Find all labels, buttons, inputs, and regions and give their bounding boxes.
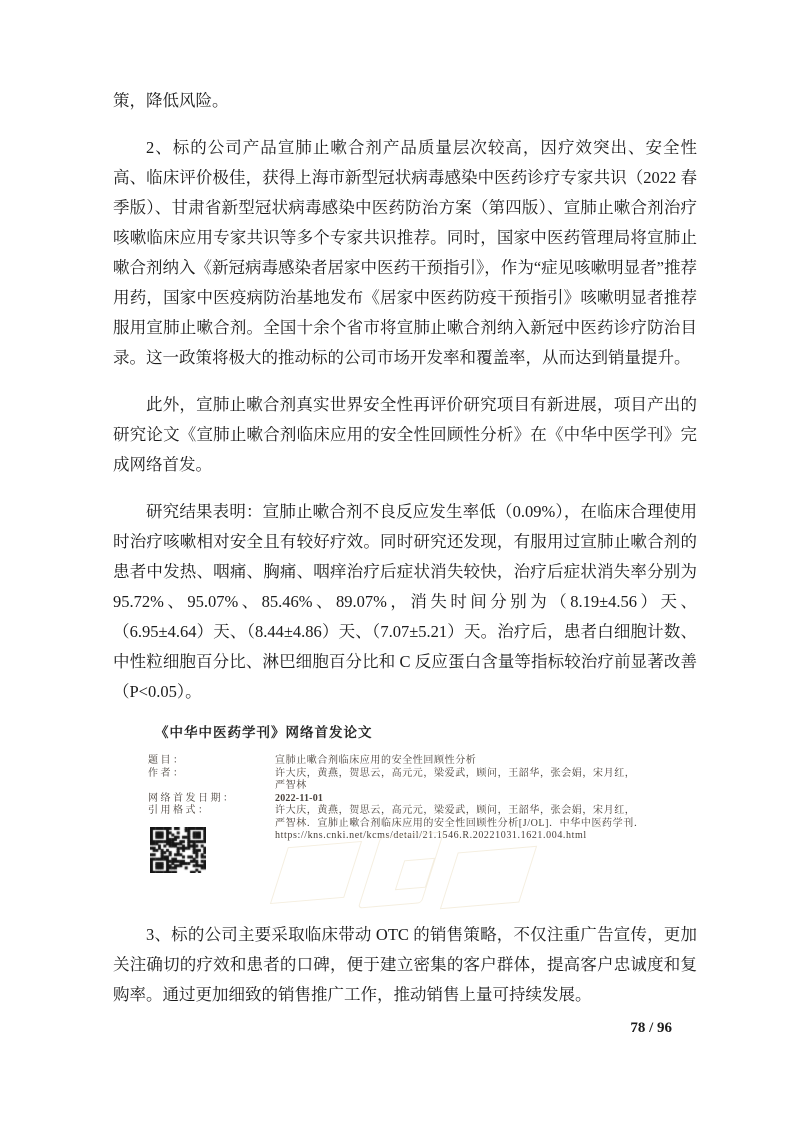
watermark-shape	[358, 831, 445, 908]
qr-code-icon	[150, 827, 206, 873]
page-number: 78 / 96	[630, 1020, 672, 1037]
citation-row-label: 网络首发日期：	[148, 793, 275, 806]
watermark-shape	[395, 858, 435, 891]
watermark-shape	[270, 841, 362, 904]
citation-row-label: 题目：	[148, 755, 275, 768]
citation-row-title: 题目： 宣肺止嗽合剂临床应用的安全性回顾性分析	[148, 755, 697, 768]
citation-row-value: 2022-11-01	[275, 793, 697, 806]
citation-row-authors: 作者： 许大庆，黄燕，贺思云，高元元，梁爱武，顾问，王韶华，张会娟，宋月红， 严…	[148, 768, 697, 793]
citation-row-value: 许大庆，黄燕，贺思云，高元元，梁爱武，顾问，王韶华，张会娟，宋月红， 严智林	[275, 768, 697, 793]
citation-figure: 《中华中医药学刊》网络首发论文 题目： 宣肺止嗽合剂临床应用的安全性回顾性分析 …	[113, 724, 697, 920]
page-content: 策，降低风险。 2、标的公司产品宣肺止嗽合剂产品质量层次较高，因疗效突出、安全性…	[113, 86, 697, 1027]
document-page: 策，降低风险。 2、标的公司产品宣肺止嗽合剂产品质量层次较高，因疗效突出、安全性…	[0, 0, 793, 1122]
body-paragraph-continuation: 策，降低风险。	[113, 86, 697, 116]
citation-rows: 题目： 宣肺止嗽合剂临床应用的安全性回顾性分析 作者： 许大庆，黄燕，贺思云，高…	[148, 755, 697, 843]
watermark-shape	[440, 846, 537, 909]
citation-figure-title: 《中华中医药学刊》网络首发论文	[155, 724, 697, 742]
citation-row-publish-date: 网络首发日期： 2022-11-01	[148, 793, 697, 806]
citation-row-value: 许大庆，黄燕，贺思云，高元元，梁爱武，顾问，王韶华，张会娟，宋月红， 严智林．宣…	[275, 805, 697, 843]
body-paragraph-item2: 2、标的公司产品宣肺止嗽合剂产品质量层次较高，因疗效突出、安全性高、临床评价极佳…	[113, 133, 697, 373]
body-paragraph-item3: 3、标的公司主要采取临床带动 OTC 的销售策略，不仅注重广告宣传，更加关注确切…	[113, 920, 697, 1010]
citation-row-value: 宣肺止嗽合剂临床应用的安全性回顾性分析	[275, 755, 697, 768]
body-paragraph-research-news: 此外，宣肺止嗽合剂真实世界安全性再评价研究项目有新进展，项目产出的研究论文《宣肺…	[113, 390, 697, 480]
citation-row-cite-format: 引用格式： 许大庆，黄燕，贺思云，高元元，梁爱武，顾问，王韶华，张会娟，宋月红，…	[148, 805, 697, 843]
body-paragraph-research-results: 研究结果表明：宣肺止嗽合剂不良反应发生率低（0.09%），在临床合理使用时治疗咳…	[113, 497, 697, 707]
citation-row-label: 作者：	[148, 768, 275, 793]
